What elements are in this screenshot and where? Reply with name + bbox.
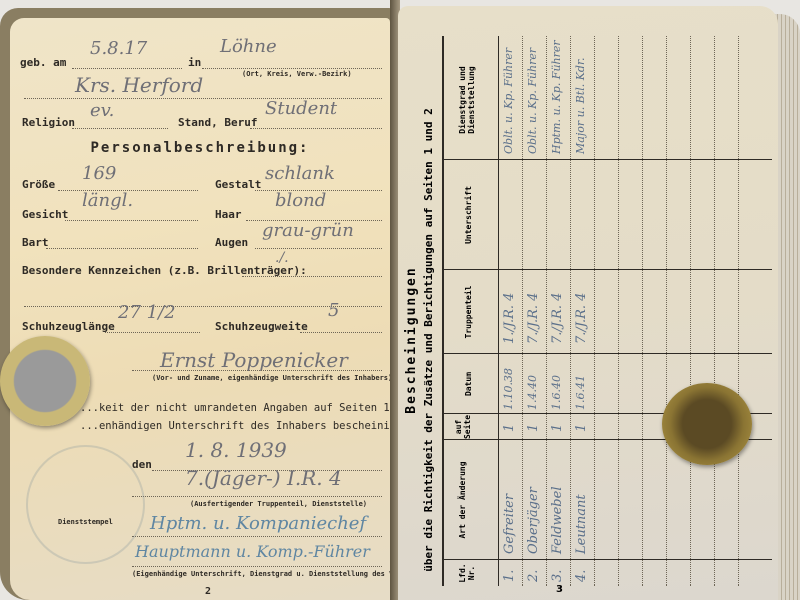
officer-caption: (Eigenhändige Unterschrift, Dienstgrad u…	[132, 570, 423, 578]
row-guide	[522, 36, 523, 586]
build-value: schlank	[265, 163, 335, 184]
shoe-length-label: Schuhzeuglänge	[22, 320, 115, 333]
certifications-title: Bescheinigungen	[404, 80, 419, 600]
hair-value: blond	[275, 190, 326, 211]
table-header-border	[498, 36, 499, 586]
certifications-table: Bescheinigungen über die Richtigkeit der…	[398, 6, 778, 600]
col-header-signature: Unterschrift	[464, 160, 473, 270]
row-guide	[546, 36, 547, 586]
row-guide	[594, 36, 595, 586]
row-rank: Oblt. u. Kp. Führer	[526, 48, 539, 154]
issue-date: 1. 8. 1939	[185, 438, 287, 462]
profession-label: Stand, Beruf	[178, 116, 257, 129]
shoe-width-value: 5	[328, 300, 339, 321]
certifications-subtitle: über die Richtigkeit der Zusätze und Ber…	[422, 80, 435, 600]
certifications-table-container: Bescheinigungen über die Richtigkeit der…	[398, 6, 778, 600]
row-date: 1.6.41	[574, 375, 587, 410]
face-value: längl.	[82, 190, 133, 211]
signature-caption: (Vor- und Zuname, eigenhändige Unterschr…	[152, 374, 392, 382]
dotted-line	[132, 496, 382, 497]
birth-date: 5.8.17	[90, 38, 147, 59]
row-guide	[738, 36, 739, 586]
row-unit: 7./J.R. 4	[574, 293, 589, 344]
row-nr: 3.	[550, 570, 565, 582]
dotted-line	[132, 370, 382, 371]
row-nr: 4.	[574, 570, 589, 582]
row-rank: Oblt. u. Kp. Führer	[502, 48, 515, 154]
col-header-nr: Lfd. Nr.	[458, 560, 476, 586]
col-header-rank: Dienstgrad und Dienststellung	[458, 40, 476, 160]
certification-text-2: ...enhändigen Unterschrift des Inhabers …	[80, 420, 402, 432]
row-guide	[642, 36, 643, 586]
religion-value: ev.	[90, 100, 114, 121]
col-sep	[442, 159, 772, 160]
dotted-line	[242, 276, 382, 277]
date-label: den	[132, 458, 152, 471]
dotted-line	[72, 128, 168, 129]
col-sep	[442, 353, 772, 354]
eyes-label: Augen	[215, 236, 248, 249]
issuing-unit: 7.(Jäger-) I.R. 4	[185, 466, 342, 490]
personal-description-heading: Personalbeschreibung:	[10, 140, 390, 156]
place-hint: (Ort, Kreis, Verw.-Bezirk)	[242, 70, 352, 78]
religion-label: Religion	[22, 116, 75, 129]
shoe-width-label: Schuhzeugweite	[215, 320, 308, 333]
height-value: 169	[82, 163, 116, 184]
dotted-line	[202, 68, 382, 69]
row-rank: Hptm. u. Kp. Führer	[550, 40, 563, 154]
row-date: 1.4.40	[526, 375, 539, 410]
marks-value: ./.	[275, 250, 289, 266]
dotted-line	[300, 332, 382, 333]
dotted-line	[250, 128, 382, 129]
eyes-value: grau-grün	[262, 220, 354, 241]
col-header-date: Datum	[464, 354, 473, 414]
row-page: 1	[526, 424, 541, 432]
row-guide	[690, 36, 691, 586]
row-change: Feldwebel	[550, 487, 565, 554]
height-label: Größe	[22, 178, 55, 191]
face-label: Gesicht	[22, 208, 68, 221]
dotted-line	[65, 220, 198, 221]
row-guide	[618, 36, 619, 586]
row-nr: 2.	[526, 570, 541, 582]
row-page: 1	[574, 424, 589, 432]
row-change: Leutnant	[574, 494, 589, 554]
dotted-line	[105, 332, 200, 333]
cent-coin	[662, 383, 752, 465]
row-guide	[714, 36, 715, 586]
dotted-line	[46, 248, 198, 249]
row-page: 1	[502, 424, 517, 432]
dotted-line	[72, 68, 182, 69]
row-nr: 1.	[502, 570, 517, 582]
holder-signature: Ernst Poppenicker	[160, 348, 348, 372]
row-unit: 1./J.R. 4	[502, 293, 517, 344]
table-top-border	[442, 36, 444, 586]
in-label: in	[188, 56, 201, 69]
row-date: 1.6.40	[550, 375, 563, 410]
col-sep	[442, 269, 772, 270]
col-sep	[442, 559, 772, 560]
row-guide	[666, 36, 667, 586]
dotted-line	[255, 248, 382, 249]
page-number-right: 3	[556, 584, 563, 595]
birth-place: Löhne	[220, 36, 277, 57]
row-date: 1.10.38	[502, 368, 515, 410]
officer-signature: Hptm. u. Kompaniechef	[150, 513, 366, 534]
dotted-line	[132, 536, 382, 537]
row-change: Gefreiter	[502, 494, 517, 554]
district: Krs. Herford	[75, 73, 203, 97]
euro-coin	[0, 336, 90, 426]
row-unit: 7./J.R. 4	[550, 293, 565, 344]
col-header-unit: Truppenteil	[464, 270, 473, 354]
unit-caption: (Ausfertigender Truppenteil, Dienststell…	[190, 500, 367, 508]
shoe-length-value: 27 1/2	[118, 302, 176, 323]
row-page: 1	[550, 424, 565, 432]
page-number-left: 2	[205, 586, 211, 597]
beard-label: Bart	[22, 236, 49, 249]
born-label: geb. am	[20, 56, 66, 69]
eagle-stamp	[26, 445, 145, 564]
dotted-line	[132, 566, 382, 567]
officer-rank: Hauptmann u. Komp.-Führer	[135, 542, 370, 561]
profession-value: Student	[265, 98, 337, 119]
row-rank: Major u. Btl. Kdr.	[574, 57, 587, 154]
row-guide	[570, 36, 571, 586]
col-header-page: auf Seite	[454, 414, 472, 440]
row-change: Oberjäger	[526, 487, 541, 554]
col-header-change: Art der Änderung	[458, 440, 467, 560]
row-unit: 7./J.R. 4	[526, 293, 541, 344]
hair-label: Haar	[215, 208, 242, 221]
